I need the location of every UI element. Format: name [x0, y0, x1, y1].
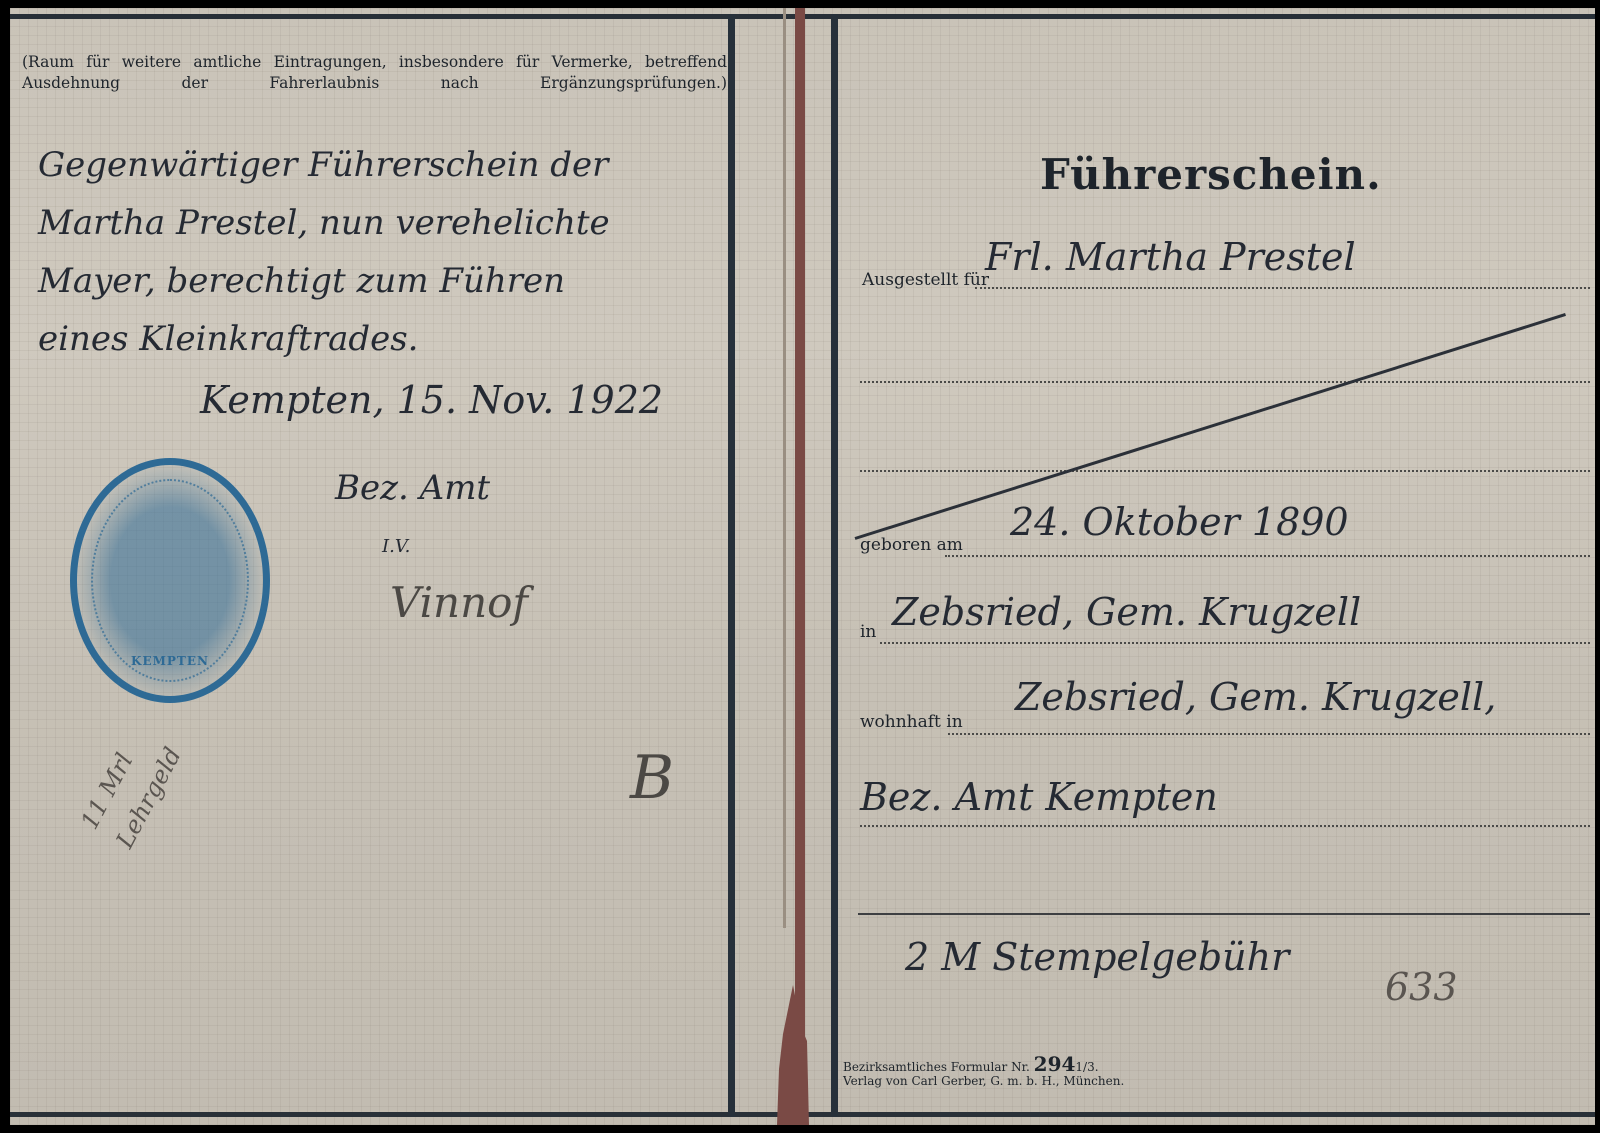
office-name: Bez. Amt: [335, 468, 490, 508]
blank-line-1: [860, 381, 1590, 383]
issued-for-value: Frl. Martha Prestel: [985, 235, 1356, 279]
bottom-border: [805, 1112, 1595, 1117]
register-number: 633: [1385, 965, 1458, 1009]
publisher-line: Verlag von Carl Gerber, G. m. b. H., Mün…: [843, 1074, 1124, 1088]
bottom-border: [10, 1112, 795, 1117]
official-signature: Vinnof: [390, 578, 528, 627]
top-border: [10, 14, 795, 19]
fee-note: 2 M Stempelgebühr: [905, 935, 1289, 979]
residing-in-line: [948, 733, 1590, 735]
form-prefix: Bezirksamtliches Formular Nr.: [843, 1060, 1030, 1074]
born-in-label: in: [860, 622, 876, 642]
residing-in-value: Zebsried, Gem. Krugzell,: [1015, 675, 1496, 719]
form-number: 294: [1034, 1052, 1076, 1076]
stamp-inner-ring: [91, 479, 249, 682]
separator-line: [858, 913, 1590, 915]
pencil-note: 11 Mrl Lehrgeld: [70, 721, 192, 855]
form-suffix: 1/3.: [1075, 1060, 1098, 1074]
left-page: (Raum für weitere amtliche Eintragungen,…: [10, 8, 795, 1125]
right-page-vertical-rule: [831, 14, 838, 1117]
handwritten-line: Mayer, berechtigt zum Führen: [38, 252, 768, 310]
residing-in-label: wohnhaft in: [860, 712, 963, 732]
official-stamp-icon: KEMPTEN: [70, 458, 270, 703]
born-on-label: geboren am: [860, 535, 963, 555]
handwritten-entry: Gegenwärtiger Führerschein der Martha Pr…: [38, 136, 768, 368]
spine-crease: [783, 8, 786, 928]
blank-line-2: [860, 470, 1590, 472]
born-on-line: [945, 555, 1590, 557]
born-on-value: 24. Oktober 1890: [1010, 500, 1349, 544]
form-number-line: Bezirksamtliches Formular Nr. 2941/3.: [843, 1052, 1099, 1076]
handwritten-line: Gegenwärtiger Führerschein der: [38, 136, 768, 194]
born-in-line: [880, 642, 1590, 644]
handwritten-line: Martha Prestel, nun verehelichte: [38, 194, 768, 252]
instruction-text: (Raum für weitere amtliche Eintragungen,…: [22, 52, 727, 94]
paraph-initial: B: [630, 743, 674, 813]
born-in-value: Zebsried, Gem. Krugzell: [892, 590, 1361, 634]
issued-for-label: Ausgestellt für: [862, 270, 989, 290]
top-border: [805, 14, 1595, 19]
stamp-text: KEMPTEN: [77, 654, 263, 668]
district-line: [860, 825, 1590, 827]
issued-for-line: [975, 287, 1590, 289]
document-title: Führerschein.: [1040, 150, 1382, 199]
place-date: Kempten, 15. Nov. 1922: [200, 378, 663, 422]
handwritten-line: eines Kleinkraftrades.: [38, 310, 768, 368]
office-iv: I.V.: [382, 536, 410, 557]
district-value: Bez. Amt Kempten: [860, 775, 1218, 819]
